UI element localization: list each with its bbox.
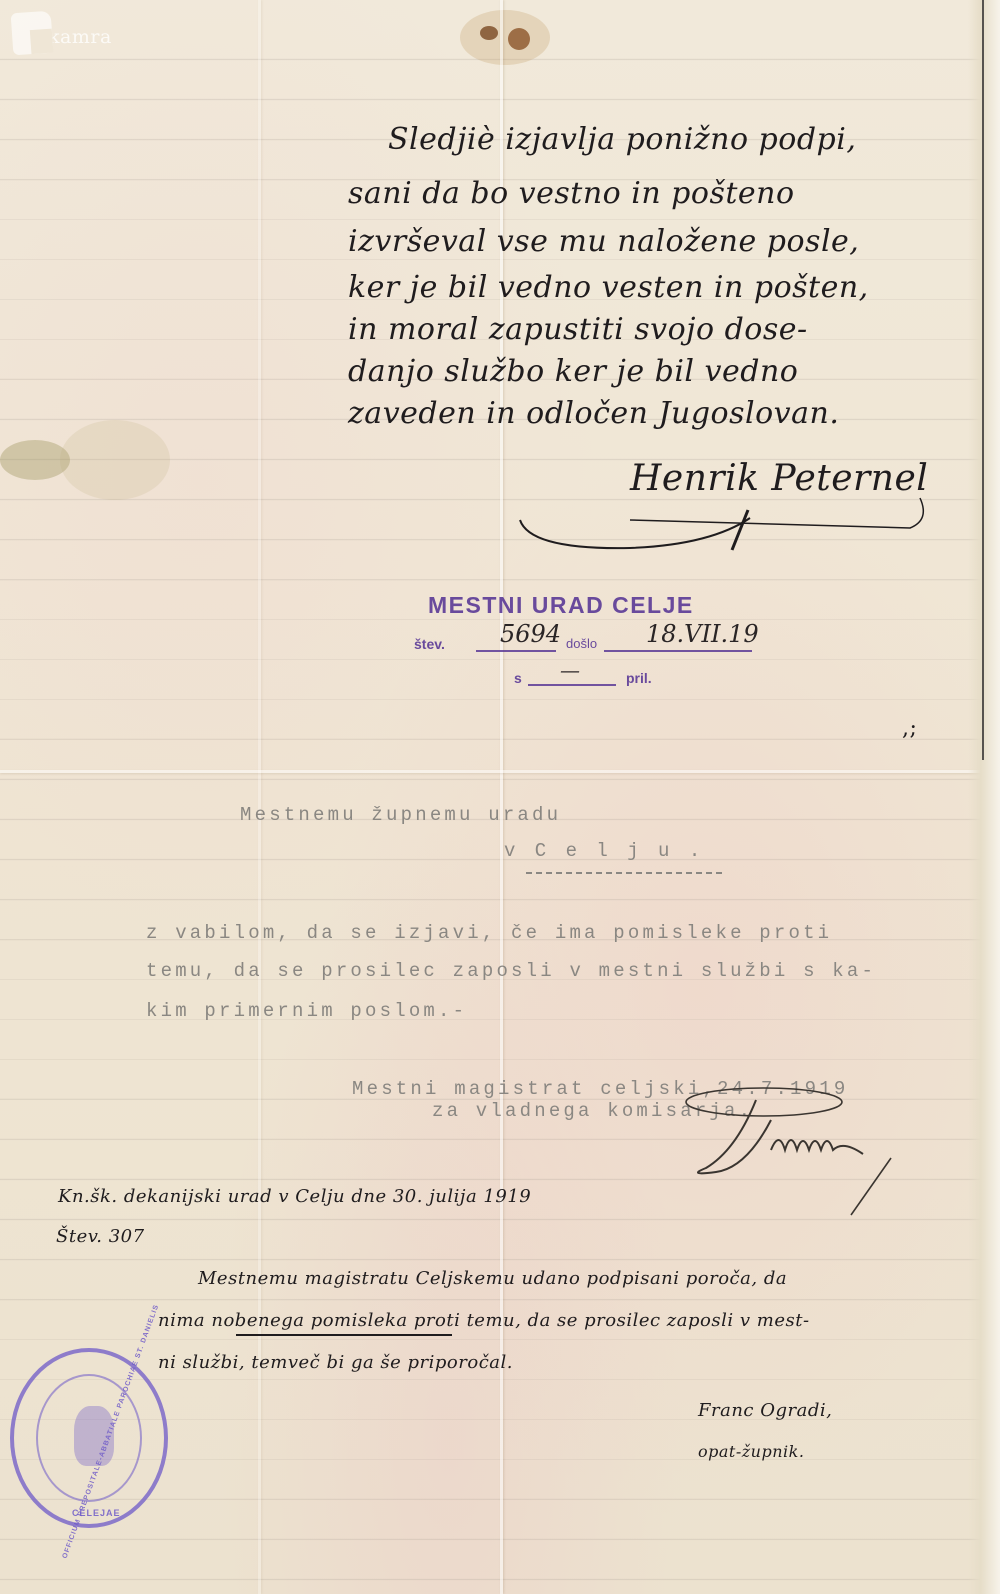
declaration-line: ker je bil vedno vesten in pošten, — [348, 270, 869, 305]
rust-halo — [460, 10, 550, 65]
addressee-line: Mestnemu župnemu uradu — [240, 804, 561, 826]
reply-body-line: ni službi, temveč bi ga še priporočal. — [158, 1352, 513, 1373]
reply-body-line: nima nobenega pomisleka proti temu, da s… — [158, 1310, 810, 1331]
water-stain — [60, 420, 170, 500]
magistrate-signature — [676, 1080, 916, 1220]
underline-nobenega-pomisleka — [236, 1334, 452, 1336]
fold-horizontal — [0, 770, 1000, 773]
stamp-underline — [476, 650, 556, 652]
stamp-received-value: 18.VII.19 — [646, 620, 759, 648]
reply-title: opat-župnik. — [698, 1442, 804, 1461]
stamp-number-label: štev. — [414, 636, 445, 652]
kamra-watermark: kamra — [12, 12, 112, 54]
stamp-number-value: 5694 — [500, 620, 561, 648]
stamp-title: MESTNI URAD CELJE — [428, 592, 694, 619]
declaration-line: danjo službo ker je bil vedno — [348, 354, 798, 389]
body-line: z vabilom, da se izjavi, če ima pomislek… — [146, 922, 832, 944]
seal-text-bottom: CELEJAE — [72, 1508, 121, 1518]
signature-flourish — [510, 490, 930, 560]
reply-body-line: Mestnemu magistratu Celjskemu udano podp… — [198, 1268, 787, 1289]
declaration-line: izvrševal vse mu naložene posle, — [348, 224, 859, 259]
parish-seal: OFFICIUM PREPOSITALE-ABBATIALE PAROCHIAE… — [10, 1348, 168, 1528]
stamp-underline — [528, 684, 616, 686]
declaration-line: zaveden in odločen Jugoslovan. — [348, 396, 839, 431]
addressee-city: v C e l j u . — [504, 840, 704, 862]
stamp-attachments-label: pril. — [626, 670, 652, 686]
declaration-line: sani da bo vestno in pošteno — [348, 176, 795, 211]
paper-edge — [968, 0, 1000, 1594]
body-line: kim primernim poslom.- — [146, 1000, 467, 1022]
stamp-attachments-prefix: s — [514, 670, 522, 686]
paper-edge-shadow — [982, 0, 984, 760]
stamp-received-label: došlo — [566, 636, 597, 651]
watermark-text: kamra — [48, 26, 112, 48]
reply-signature: Franc Ogradi, — [698, 1400, 832, 1421]
kamra-logo-icon — [11, 11, 54, 56]
reply-number: Štev. 307 — [56, 1226, 145, 1247]
margin-mark: ,; — [902, 716, 917, 741]
declaration-line: Sledjiè izjavlja ponižno podpi, — [388, 122, 856, 157]
stamp-underline — [604, 650, 752, 652]
stamp-attachments-value: — — [560, 658, 580, 682]
reply-header: Kn.šk. dekanijski urad v Celju dne 30. j… — [58, 1186, 531, 1207]
body-line: temu, da se prosilec zaposli v mestni sl… — [146, 960, 876, 982]
declaration-line: in moral zapustiti svojo dose- — [348, 312, 808, 347]
addressee-underline — [526, 872, 722, 874]
